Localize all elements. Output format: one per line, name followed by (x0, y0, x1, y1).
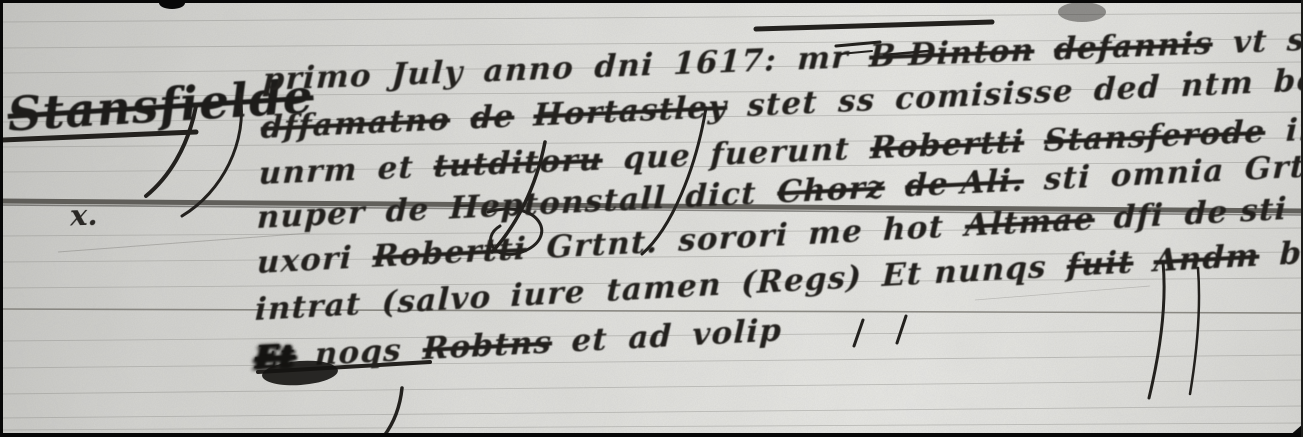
abbreviation-bar-short (836, 42, 880, 46)
long-descender-right (1149, 262, 1164, 398)
ink-smudge-top (1058, 2, 1106, 22)
descender-small-a (854, 320, 863, 346)
margin-descender-swash-2 (182, 94, 241, 216)
abbreviation-bar-short-2 (840, 51, 872, 54)
ink-blot (261, 358, 338, 387)
long-descender-center (642, 108, 706, 254)
pen-flourishes (0, 0, 1303, 437)
descender-small-b (897, 316, 906, 343)
margin-descender-swash (146, 106, 196, 196)
long-descender-right-2 (1190, 268, 1199, 394)
long-descender-left (492, 142, 545, 252)
mr-macron (884, 51, 928, 55)
margin-strikethrough (2, 132, 196, 140)
bottom-descender (384, 388, 402, 436)
manuscript-scan-page: Stansfielde x. primoJulyannodni1617:mrB … (0, 0, 1303, 437)
swash-strokes-group (2, 22, 1199, 436)
scan-border-top (0, 0, 1303, 3)
scan-border-bottom (0, 433, 1303, 437)
abbreviation-overbar (756, 22, 992, 29)
scan-border-left (0, 0, 3, 437)
